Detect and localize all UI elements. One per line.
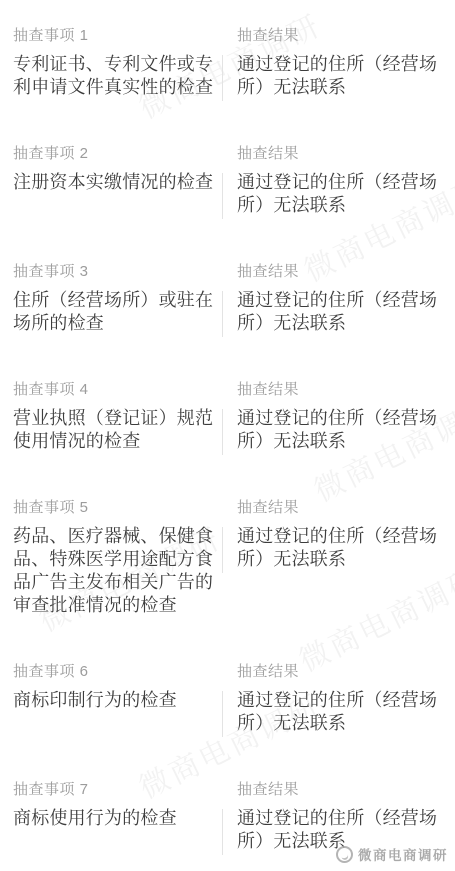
item-text: 专利证书、专利文件或专 利申请文件真实性的检查 — [0, 53, 222, 99]
result-label: 抽查结果 — [223, 781, 455, 798]
result-text: 通过登记的住所（经营场 所）无法联系 — [223, 171, 455, 217]
brand-watermark: 微商电商调研 — [336, 844, 448, 864]
result-label: 抽查结果 — [223, 499, 455, 516]
result-label: 抽查结果 — [223, 27, 455, 44]
result-label: 抽查结果 — [223, 663, 455, 680]
result-label: 抽查结果 — [223, 145, 455, 162]
inspection-row: 抽查事项 7 抽查结果 商标使用行为的检查 通过登记的住所（经营场 所）无法联系 — [0, 781, 455, 853]
item-text: 商标印制行为的检查 — [0, 689, 222, 735]
inspection-row: 抽查事项 5 抽查结果 药品、医疗器械、保健食 品、特殊医学用途配方食 品广告主… — [0, 499, 455, 617]
column-divider — [222, 527, 223, 573]
inspection-row: 抽查事项 1 抽查结果 专利证书、专利文件或专 利申请文件真实性的检查 通过登记… — [0, 27, 455, 99]
result-text: 通过登记的住所（经营场 所）无法联系 — [223, 689, 455, 735]
item-label: 抽查事项 5 — [0, 499, 222, 516]
column-divider — [222, 809, 223, 855]
item-label: 抽查事项 7 — [0, 781, 222, 798]
result-text: 通过登记的住所（经营场 所）无法联系 — [223, 289, 455, 335]
result-text: 通过登记的住所（经营场 所）无法联系 — [223, 407, 455, 453]
inspection-row: 抽查事项 4 抽查结果 营业执照（登记证）规范 使用情况的检查 通过登记的住所（… — [0, 381, 455, 453]
item-text: 注册资本实缴情况的检查 — [0, 171, 222, 217]
inspection-row: 抽查事项 3 抽查结果 住所（经营场所）或驻在 场所的检查 通过登记的住所（经营… — [0, 263, 455, 335]
column-divider — [222, 55, 223, 101]
item-label: 抽查事项 2 — [0, 145, 222, 162]
item-text: 药品、医疗器械、保健食 品、特殊医学用途配方食 品广告主发布相关广告的 审查批准… — [0, 525, 222, 617]
item-label: 抽查事项 4 — [0, 381, 222, 398]
inspection-row: 抽查事项 6 抽查结果 商标印制行为的检查 通过登记的住所（经营场 所）无法联系 — [0, 663, 455, 735]
result-text: 通过登记的住所（经营场 所）无法联系 — [223, 525, 455, 617]
column-divider — [222, 691, 223, 737]
watermark-brand-text: 微商电商调研 — [358, 844, 448, 864]
watermark-logo-icon — [336, 846, 353, 863]
column-divider — [222, 173, 223, 219]
item-label: 抽查事项 1 — [0, 27, 222, 44]
result-label: 抽查结果 — [223, 381, 455, 398]
inspection-row: 抽查事项 2 抽查结果 注册资本实缴情况的检查 通过登记的住所（经营场 所）无法… — [0, 145, 455, 217]
inspection-detail-panel: 微商电商调研 微商电商调研 微商电商调研 微商电商调研 微商电商调研 微商电商调… — [0, 0, 455, 871]
item-text: 住所（经营场所）或驻在 场所的检查 — [0, 289, 222, 335]
item-label: 抽查事项 3 — [0, 263, 222, 280]
column-divider — [222, 291, 223, 337]
item-text: 商标使用行为的检查 — [0, 807, 222, 853]
item-label: 抽查事项 6 — [0, 663, 222, 680]
item-text: 营业执照（登记证）规范 使用情况的检查 — [0, 407, 222, 453]
result-text: 通过登记的住所（经营场 所）无法联系 — [223, 53, 455, 99]
result-label: 抽查结果 — [223, 263, 455, 280]
column-divider — [222, 409, 223, 455]
